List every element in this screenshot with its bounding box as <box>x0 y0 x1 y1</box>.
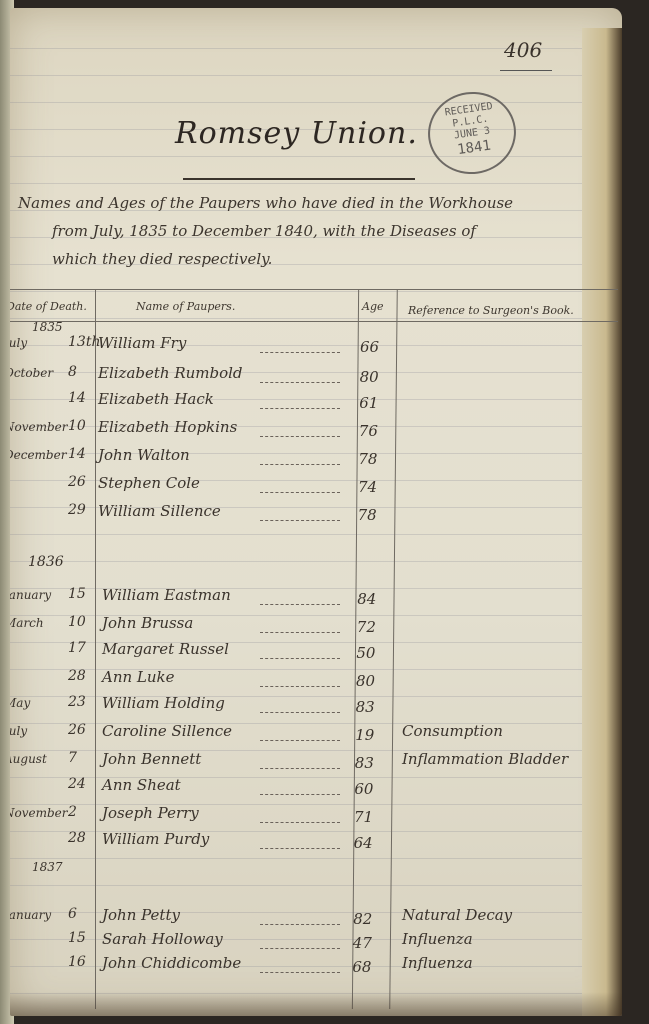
entry-name: Joseph Perry <box>102 804 199 822</box>
entry-day: 2 <box>68 804 77 820</box>
entry-day: 6 <box>68 906 77 922</box>
entry-name: Ann Luke <box>102 668 175 686</box>
entry-age: 78 <box>358 506 377 524</box>
entry-leader-dash <box>260 948 340 949</box>
entry-age: 80 <box>360 368 379 386</box>
page-title: Romsey Union. <box>175 116 418 151</box>
entry-month: January <box>10 908 51 922</box>
entry-name: William Eastman <box>102 586 231 604</box>
entry-name: William Purdy <box>102 830 209 848</box>
entry-name: William Fry <box>98 334 186 352</box>
entry-age: 82 <box>353 910 372 928</box>
entry-name: John Walton <box>98 446 190 464</box>
page-bottom-shadow <box>10 992 622 1016</box>
entry-day: 28 <box>68 668 86 684</box>
column-header-name: Name of Paupers. <box>136 300 235 313</box>
entry-leader-dash <box>260 658 340 659</box>
entry-month: November <box>10 420 68 434</box>
entry-name: John Chiddicombe <box>102 954 241 972</box>
entry-day: 26 <box>68 722 86 738</box>
entry-leader-dash <box>260 382 340 383</box>
entry-name: Sarah Holloway <box>102 930 223 948</box>
entry-day: 24 <box>68 776 86 792</box>
entry-leader-dash <box>260 520 340 521</box>
entry-age: 19 <box>355 726 374 744</box>
entry-age: 84 <box>357 590 376 608</box>
page-edge <box>582 28 622 1016</box>
entry-day: 15 <box>68 586 86 602</box>
age-column-divider <box>389 289 398 1009</box>
entry-age: 61 <box>359 394 378 412</box>
subtitle-line: which they died respectively. <box>52 250 272 268</box>
entry-day: 16 <box>68 954 86 970</box>
page-number-underline <box>500 70 552 71</box>
entry-day: 14 <box>68 446 86 462</box>
ruled-line <box>10 561 622 562</box>
entry-age: 64 <box>354 834 373 852</box>
entry-disease: Influenza <box>402 930 473 948</box>
entry-name: Elizabeth Hack <box>98 390 214 408</box>
entry-leader-dash <box>260 822 340 823</box>
entry-disease: Influenza <box>402 954 473 972</box>
entry-age: 76 <box>359 422 378 440</box>
entry-leader-dash <box>260 848 340 849</box>
entry-age: 50 <box>356 644 375 662</box>
entry-leader-dash <box>260 924 340 925</box>
year-label: 1837 <box>32 860 63 874</box>
entry-age: 66 <box>360 338 379 356</box>
ruled-line <box>10 318 622 319</box>
entry-age: 83 <box>356 698 375 716</box>
column-header-date: Date of Death. <box>10 300 87 313</box>
column-header-reference: Reference to Surgeon's Book. <box>408 304 574 317</box>
entry-leader-dash <box>260 740 340 741</box>
entry-age: 74 <box>358 478 377 496</box>
entry-day: 28 <box>68 830 86 846</box>
entry-name: John Bennett <box>102 750 201 768</box>
year-label: 1836 <box>28 554 64 570</box>
entry-day: 8 <box>68 364 77 380</box>
entry-name: Margaret Russel <box>102 640 229 658</box>
entry-age: 80 <box>356 672 375 690</box>
ruled-line <box>10 885 622 886</box>
date-column-divider <box>95 289 96 1009</box>
entry-age: 72 <box>357 618 376 636</box>
ruled-line <box>10 183 622 184</box>
entry-month: May <box>10 696 30 710</box>
ruled-line <box>10 75 622 76</box>
ledger-page: 406 RECEIVED P.L.C. JUNE 3 1841 Romsey U… <box>10 8 622 1016</box>
entry-leader-dash <box>260 604 340 605</box>
entry-name: William Holding <box>102 694 225 712</box>
entry-leader-dash <box>260 408 340 409</box>
entry-month: October <box>10 366 53 380</box>
entry-month: August <box>10 752 47 766</box>
entry-month: January <box>10 588 51 602</box>
entry-month: July <box>10 336 27 350</box>
year-label: 1835 <box>32 320 63 334</box>
header-bottom-rule <box>10 321 618 322</box>
entry-age: 83 <box>355 754 374 772</box>
entry-day: 15 <box>68 930 86 946</box>
entry-leader-dash <box>260 492 340 493</box>
entry-month: December <box>10 448 66 462</box>
entry-age: 68 <box>352 958 371 976</box>
ruled-line <box>10 534 622 535</box>
title-underline <box>183 178 415 180</box>
entry-month: November <box>10 806 68 820</box>
entry-age: 78 <box>358 450 377 468</box>
entry-name: Elizabeth Rumbold <box>98 364 243 382</box>
entry-disease: Natural Decay <box>402 906 512 924</box>
ruled-line <box>10 156 622 157</box>
entry-leader-dash <box>260 686 340 687</box>
table-top-rule <box>10 289 618 290</box>
entry-name: John Brussa <box>102 614 193 632</box>
entry-disease: Inflammation Bladder <box>402 750 568 768</box>
entry-leader-dash <box>260 352 340 353</box>
entry-name: Caroline Sillence <box>102 722 232 740</box>
entry-name: Stephen Cole <box>98 474 200 492</box>
ruled-line <box>10 858 622 859</box>
entry-name: Elizabeth Hopkins <box>98 418 237 436</box>
entry-day: 17 <box>68 640 86 656</box>
entry-leader-dash <box>260 464 340 465</box>
entry-day: 26 <box>68 474 86 490</box>
entry-name: William Sillence <box>98 502 221 520</box>
entry-age: 47 <box>353 934 372 952</box>
entry-leader-dash <box>260 768 340 769</box>
entry-month: March <box>10 616 44 630</box>
entry-month: July <box>10 724 27 738</box>
entry-leader-dash <box>260 794 340 795</box>
entry-day: 10 <box>68 614 86 630</box>
ruled-line <box>10 102 622 103</box>
entry-leader-dash <box>260 712 340 713</box>
entry-name: John Petty <box>102 906 180 924</box>
entry-day: 10 <box>68 418 86 434</box>
entry-day: 29 <box>68 502 86 518</box>
received-stamp: RECEIVED P.L.C. JUNE 3 1841 <box>423 86 522 179</box>
subtitle-line: from July, 1835 to December 1840, with t… <box>52 222 476 240</box>
entry-day: 14 <box>68 390 86 406</box>
entry-day: 13th <box>68 334 100 350</box>
entry-age: 71 <box>354 808 373 826</box>
entry-name: Ann Sheat <box>102 776 181 794</box>
entry-leader-dash <box>260 972 340 973</box>
entry-day: 7 <box>68 750 77 766</box>
entry-leader-dash <box>260 436 340 437</box>
entry-age: 60 <box>354 780 373 798</box>
entry-disease: Consumption <box>402 722 503 740</box>
entry-day: 23 <box>68 694 86 710</box>
page-number: 406 <box>504 38 542 62</box>
subtitle-line: Names and Ages of the Paupers who have d… <box>18 194 513 212</box>
ruled-line <box>10 291 622 292</box>
entry-leader-dash <box>260 632 340 633</box>
column-header-age: Age <box>362 300 384 313</box>
